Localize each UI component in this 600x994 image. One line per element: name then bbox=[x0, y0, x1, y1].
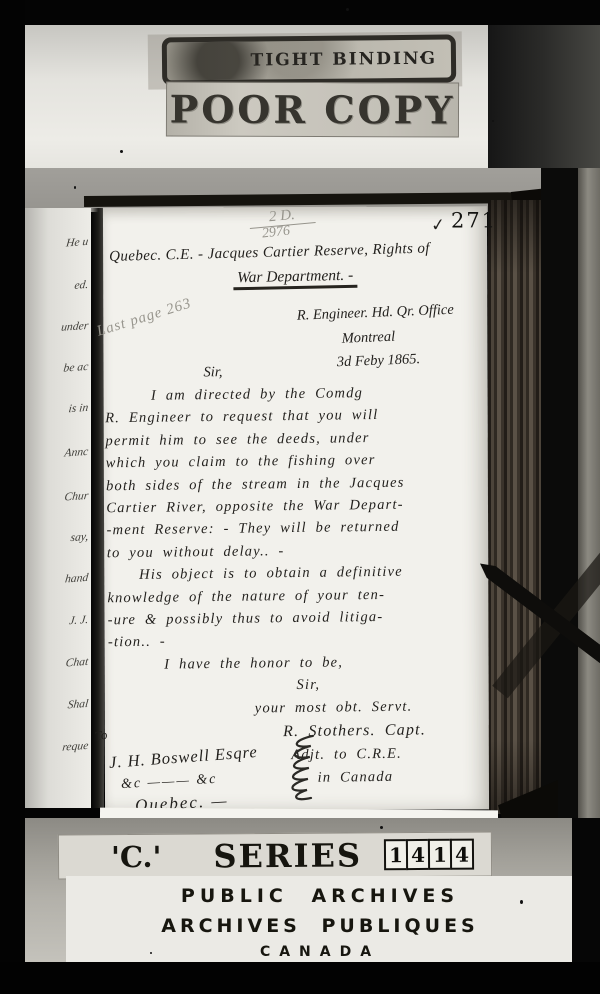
photo-top-right-shadow bbox=[488, 25, 600, 168]
archives-line-country: CANADA bbox=[260, 944, 380, 960]
tight-binding-stamp-frame: TIGHT BINDING bbox=[162, 34, 456, 85]
archives-panel: PUBLIC ARCHIVES ARCHIVES PUBLIQUES CANAD… bbox=[66, 876, 574, 964]
volume-digit: 1 bbox=[428, 839, 452, 870]
dateline-city: Montreal bbox=[301, 327, 436, 349]
salutation: Sir, bbox=[203, 364, 222, 381]
volume-number-tiles: 1 4 1 4 bbox=[386, 839, 474, 871]
pencil-note: Last page 263 bbox=[95, 295, 194, 340]
dust-speck bbox=[380, 826, 383, 829]
signature-title: Adjt. to C.R.E. bbox=[291, 742, 485, 767]
book-right-shadow bbox=[541, 168, 578, 818]
dust-speck bbox=[120, 150, 123, 153]
photo-right-backdrop bbox=[578, 168, 600, 818]
facing-page: He u ed. under be ac is in Annc Chur say… bbox=[25, 208, 91, 808]
volume-digit: 1 bbox=[384, 839, 408, 870]
volume-digit: 4 bbox=[406, 839, 430, 870]
facing-page-fragment: be ac bbox=[27, 361, 89, 377]
dust-speck bbox=[420, 56, 422, 58]
book-fore-edge bbox=[488, 200, 544, 814]
photo-left-border bbox=[0, 0, 25, 994]
photo-bottom-border bbox=[0, 962, 600, 994]
signature-place: in Canada bbox=[317, 765, 485, 790]
poor-copy-label: POOR COPY bbox=[170, 87, 456, 133]
facing-page-fragment: Chat bbox=[27, 656, 89, 672]
letter-page: 2 D. 2976 ✓ 271 Quebec. C.E. - Jacques C… bbox=[103, 206, 489, 810]
letter-heading-line1: Quebec. C.E. - Jacques Cartier Reserve, … bbox=[109, 239, 483, 266]
closing-line: Sir, bbox=[296, 672, 484, 697]
series-letter: 'C.' bbox=[111, 839, 162, 873]
archives-line-fr: ARCHIVES PUBLIQUES bbox=[161, 915, 479, 937]
facing-page-fragment: under bbox=[27, 320, 89, 336]
page-number: 271 bbox=[451, 208, 497, 232]
facing-page-fragment: He u bbox=[27, 236, 89, 252]
dust-speck bbox=[150, 952, 152, 954]
facing-page-fragment: hand bbox=[27, 572, 89, 588]
book-gutter bbox=[91, 208, 104, 808]
dateline-office: R. Engineer. Hd. Qr. Office bbox=[273, 301, 478, 326]
dust-speck bbox=[74, 186, 76, 189]
facing-page-fragment: ed. bbox=[27, 279, 89, 295]
dateline-date: 3d Feby 1865. bbox=[305, 350, 452, 373]
dust-speck bbox=[492, 120, 494, 122]
facing-page-fragment: Chur bbox=[27, 490, 89, 506]
facing-page-fragment: is in bbox=[27, 402, 89, 418]
series-label-strip: 'C.' SERIES 1 4 1 4 bbox=[58, 831, 492, 879]
facing-page-fragment: Annc bbox=[27, 446, 89, 462]
checkmark-icon: ✓ bbox=[430, 215, 446, 236]
dust-speck bbox=[520, 900, 523, 904]
closing-line: your most obt. Servt. bbox=[255, 694, 485, 719]
facing-page-fragment: J. J. bbox=[27, 614, 89, 630]
archives-line-en: PUBLIC ARCHIVES bbox=[181, 885, 459, 907]
addressee-prefix: To bbox=[93, 727, 108, 745]
letter-heading-line2: War Department. - bbox=[103, 264, 487, 290]
series-word: SERIES bbox=[213, 836, 362, 875]
facing-page-fragment: say, bbox=[27, 531, 89, 547]
volume-digit: 4 bbox=[450, 839, 474, 870]
tight-binding-label: TIGHT BINDING bbox=[251, 48, 452, 70]
dust-speck bbox=[346, 8, 349, 11]
facing-page-fragment: reque bbox=[27, 740, 89, 756]
facing-page-fragment: Shal bbox=[27, 698, 89, 714]
poor-copy-stamp: POOR COPY bbox=[166, 81, 459, 137]
flourish-scribble-icon bbox=[281, 731, 319, 807]
